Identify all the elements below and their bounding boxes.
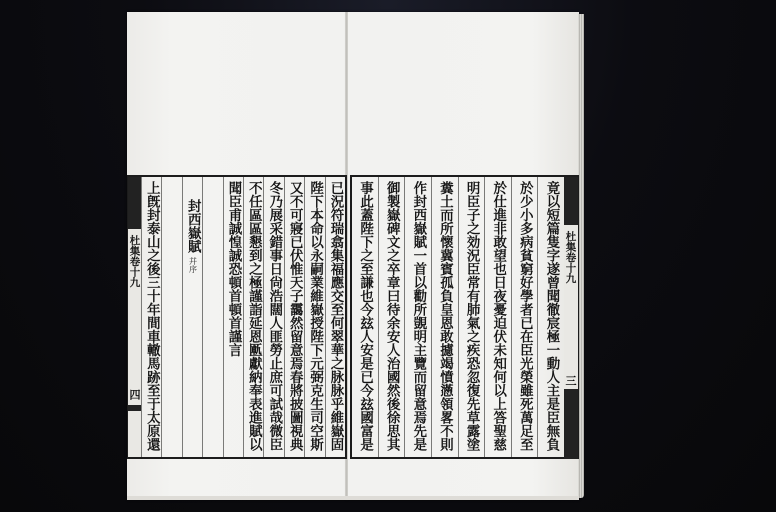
lower-fishtail-mark <box>128 405 141 411</box>
section-title: 封西嶽賦 <box>186 199 199 253</box>
text-column: 冬乃展采錯事日尙浩闊人匪勞止庶可試哉微臣 <box>263 177 283 457</box>
left-fore-edge: 杜集卷十九 四 <box>127 175 141 459</box>
title-annotation: 幷序 <box>188 257 196 273</box>
lower-fishtail-mark <box>564 389 578 459</box>
fore-edge-book-title: 杜集卷十九 <box>565 231 576 284</box>
text-column: 於少小多病貧窮好學者已在臣光榮雖死萬足至 <box>511 177 538 457</box>
right-page-columns: 竟以短篇隻字遂曾聞徹宸極一動人主是臣無負 於少小多病貧窮好學者已在臣光榮雖死萬足… <box>352 177 564 457</box>
section-title-column: 封西嶽賦 幷序 <box>182 177 202 457</box>
page-bottom-edge <box>127 496 579 500</box>
blank-column <box>161 177 181 457</box>
text-column: 上旣封泰山之後三十年間車轍馬跡至于太原還 <box>141 177 161 457</box>
blank-column <box>202 177 222 457</box>
right-fore-edge: 杜集卷十九 三 <box>564 175 579 459</box>
text-column: 竟以短篇隻字遂曾聞徹宸極一動人主是臣無負 <box>537 177 564 457</box>
folio-number: 四 <box>129 389 140 400</box>
fore-edge-book-title: 杜集卷十九 <box>129 235 140 288</box>
text-column: 不任區區懇到之極謹詣延恩匭獻納奉表進賦以 <box>243 177 263 457</box>
text-column: 糞土而所懷冀賓孤負皇恩敢攄竭憤懣領畧不則 <box>431 177 458 457</box>
text-column: 御製嶽碑文之卒章曰待余安人治國然後徐思其 <box>378 177 405 457</box>
text-column: 於仕進非敢望也日夜憂迫伏未知何以上答聖慈 <box>484 177 511 457</box>
text-column: 又不可寢已伏惟天子靄然留意焉春將披圖視典 <box>284 177 304 457</box>
upper-fishtail-mark <box>564 177 578 225</box>
text-column: 作封西嶽賦一首以勸所覬明主覽而留意焉先是 <box>404 177 431 457</box>
right-page-text-frame: 竟以短篇隻字遂曾聞徹宸極一動人主是臣無負 於少小多病貧窮好學者已在臣光榮雖死萬足… <box>350 175 564 459</box>
text-column: 事此蓋陛下之至謙也今玆人安是已今玆國富是 <box>352 177 378 457</box>
text-column: 聞臣甫誠惶誠恐頓首頓首謹言 <box>223 177 243 457</box>
text-column: 明臣子之効況臣常有肺氣之疾恐忽復先草露塗 <box>458 177 485 457</box>
text-column: 陛下本命以永嗣業維嶽授陛下元弼克生司空斯 <box>304 177 324 457</box>
folio-number: 三 <box>565 375 576 386</box>
left-page-text-frame: 已況符瑞翕集福應交至何翠華之脉脉乎維嶽固 陛下本命以永嗣業維嶽授陛下元弼克生司空… <box>141 175 347 459</box>
upper-fishtail-mark <box>128 177 141 229</box>
left-page-columns: 已況符瑞翕集福應交至何翠華之脉脉乎維嶽固 陛下本命以永嗣業維嶽授陛下元弼克生司空… <box>141 177 345 457</box>
text-column: 已況符瑞翕集福應交至何翠華之脉脉乎維嶽固 <box>325 177 345 457</box>
